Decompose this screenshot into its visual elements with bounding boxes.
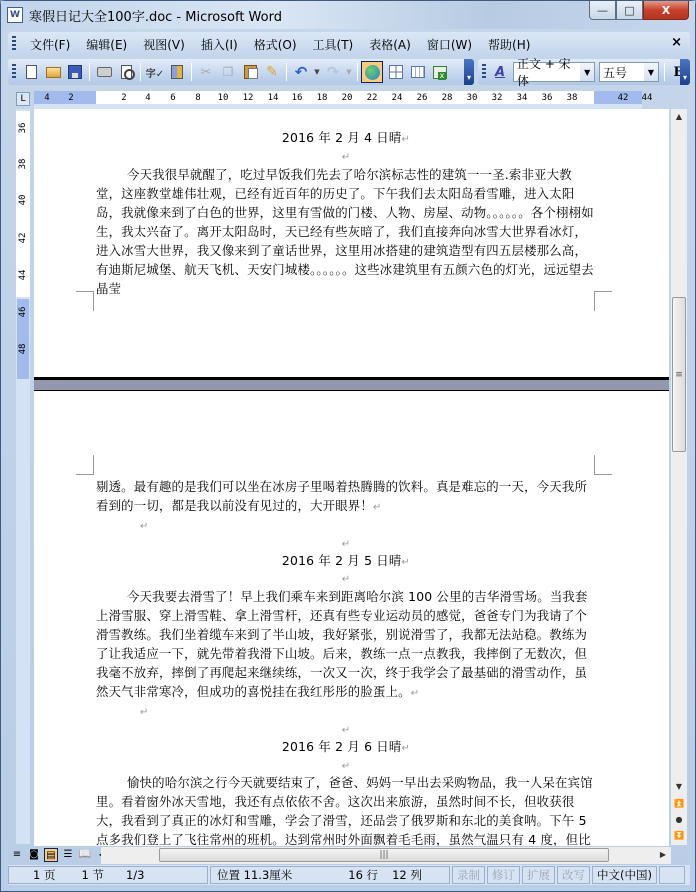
ruler-tick: 44 [18, 269, 28, 281]
paragraph-mark: ↵ [401, 743, 410, 754]
ruler-tick: 8 [195, 93, 200, 103]
ruler-tick: 12 [243, 93, 254, 103]
paragraph-mark: ↵ [411, 688, 420, 699]
ruler-tick: 36 [542, 93, 553, 103]
page-number: 1 页 [33, 867, 55, 883]
spelling-button[interactable]: 字✓ [144, 61, 166, 83]
print-layout-view-button[interactable]: ▤ [44, 848, 58, 862]
copy-button[interactable]: ❐ [217, 61, 239, 83]
insert-excel-icon [433, 66, 447, 79]
redo-dropdown[interactable]: ▼ [344, 68, 354, 76]
restore-button[interactable]: □ [616, 1, 643, 20]
empty-paragraph: ↵ [96, 568, 596, 589]
menu-insert[interactable]: 插入(I) [193, 36, 246, 53]
save-icon [68, 65, 82, 79]
paragraph-mark: ↵ [401, 134, 410, 145]
menu-bar: 文件(F) 编辑(E) 视图(V) 插入(I) 格式(O) 工具(T) 表格(A… [8, 32, 690, 56]
position-info[interactable]: 位置 11.3厘米 16 行 12 列 [210, 866, 450, 884]
overtype-label: 改写 [562, 867, 585, 883]
toolbar-grip-handle[interactable] [482, 64, 486, 80]
menu-help[interactable]: 帮助(H) [480, 36, 538, 53]
next-page-button[interactable]: ⏬ [671, 828, 687, 844]
ruler-tick: 22 [367, 93, 378, 103]
new-document-button[interactable] [20, 61, 42, 83]
toolbar-options-chevron[interactable]: ▾ [680, 59, 690, 85]
web-layout-view-button[interactable]: ◙ [27, 848, 41, 862]
cut-icon: ✂ [201, 65, 212, 80]
ruler-tick: 2 [121, 93, 126, 103]
toolbar-grip-handle[interactable] [12, 64, 16, 80]
undo-icon: ↶ [295, 63, 308, 81]
menu-edit[interactable]: 编辑(E) [78, 36, 135, 53]
open-icon [46, 67, 61, 78]
research-icon [171, 65, 183, 79]
ruler-tick: 26 [417, 93, 428, 103]
print-preview-button[interactable] [115, 61, 137, 83]
toolbar-separator [89, 63, 90, 81]
empty-paragraph: ↵ [96, 146, 596, 167]
window-title: 寒假日记大全100字.doc - Microsoft Word [29, 6, 282, 25]
ruler-tick: 34 [517, 93, 528, 103]
paragraph-mark: ↵ [342, 761, 351, 772]
ruler-tick: 24 [392, 93, 403, 103]
tables-borders-icon [389, 65, 403, 79]
vertical-ruler[interactable]: 36 38 40 42 44 46 48 [16, 109, 30, 844]
menu-tools[interactable]: 工具(T) [305, 36, 362, 53]
page-crop-mark [594, 291, 612, 311]
close-button[interactable]: X [643, 1, 689, 20]
page-info[interactable]: 1 页 1 节 1/3 [8, 866, 208, 884]
entry-body-continued: 剔透。最有趣的是我们可以坐在冰房子里喝着热腾腾的饮料。真是难忘的一天，今天我所看… [96, 477, 596, 517]
cut-button[interactable]: ✂ [195, 61, 217, 83]
insert-table-icon [411, 66, 425, 78]
formatting-toolbar: A 正文 + 宋体 ▼ 五号 ▼ B ▾ [478, 59, 690, 85]
line-number: 16 行 [348, 867, 378, 883]
ruler-tick: 10 [218, 93, 229, 103]
reading-layout-view-button[interactable]: 📖 [78, 848, 92, 862]
print-button[interactable] [93, 61, 115, 83]
body-text: 今天我要去滑雪了！早上我们乘车来到距离哈尔滨 100 公里的吉华滑雪场。当我套上… [96, 589, 588, 699]
toolbar-separator [357, 63, 358, 81]
document-area[interactable]: 2016 年 2 月 4 日晴↵ ↵ 今天我很早就醒了，吃过早饭我们先去了哈尔滨… [34, 109, 669, 846]
word-app-icon[interactable]: W [7, 7, 23, 23]
page-crop-mark [76, 291, 94, 311]
paragraph-mark: ↵ [342, 152, 351, 163]
toolbar-separator [286, 63, 287, 81]
chevron-down-icon[interactable]: ▼ [580, 63, 594, 81]
paragraph-mark: ↵ [342, 725, 351, 736]
page-crop-mark [76, 455, 94, 475]
paste-button[interactable] [239, 61, 261, 83]
redo-button[interactable]: ↷ [322, 61, 344, 83]
cursor-position: 位置 11.3厘米 [217, 867, 292, 883]
ruler-tick: 40 [18, 194, 28, 206]
ruler-tick: 14 [268, 93, 279, 103]
print-icon [97, 67, 112, 77]
ruler-tick: 4 [44, 93, 49, 103]
paragraph-mark: ↵ [140, 707, 149, 718]
ruler-tick: 46 [18, 306, 28, 318]
track-changes-indicator[interactable]: 修订 [487, 866, 520, 884]
horizontal-scroll-thumb[interactable]: ||| [159, 848, 609, 862]
ruler-tick: 18 [317, 93, 328, 103]
spelling-icon: 字✓ [146, 65, 164, 80]
ruler-tick: 42 [18, 232, 28, 244]
menu-grip-handle[interactable] [12, 36, 16, 52]
minimize-button[interactable]: — [589, 1, 616, 20]
paragraph-mark: ↵ [140, 521, 149, 532]
entry-body: 今天我很早就醒了，吃过早饭我们先去了哈尔滨标志性的建筑一一圣.索非亚大教堂，这座… [96, 165, 596, 298]
toolbar: 字✓ ✂ ❐ ✎ ↶ ▼ ↷ ▼ ▾ A 正文 + 宋体 ▼ [8, 58, 690, 86]
vertical-scrollbar[interactable]: ▲ ≡ ▼ ⏫ ● ⏬ [671, 109, 687, 845]
ruler-tick: 48 [18, 343, 28, 355]
ruler-tick: 28 [442, 93, 453, 103]
status-bar: 1 页 1 节 1/3 位置 11.3厘米 16 行 12 列 录制 修订 扩展… [8, 865, 690, 885]
paste-icon [244, 65, 257, 79]
word-window: W 寒假日记大全100字.doc - Microsoft Word — □ X … [0, 0, 696, 892]
toolbar-separator [191, 63, 192, 81]
extend-label: 扩展 [527, 867, 550, 883]
menu-format[interactable]: 格式(O) [246, 36, 305, 53]
page-break-gap [34, 377, 669, 391]
body-text: 剔透。最有趣的是我们可以坐在冰房子里喝着热腾腾的饮料。真是难忘的一天，今天我所看… [96, 479, 587, 513]
view-buttons: ≡ ◙ ▤ ☰ 📖 ◀ [10, 847, 109, 863]
new-document-icon [26, 65, 37, 79]
ruler-tick: 44 [642, 93, 653, 103]
ruler-tick: 20 [342, 93, 353, 103]
format-painter-button[interactable]: ✎ [261, 61, 283, 83]
previous-page-button[interactable]: ⏫ [671, 796, 687, 812]
ruler-tick: 42 [618, 93, 629, 103]
close-document-button[interactable]: × [671, 35, 682, 50]
font-size-select[interactable]: 五号 ▼ [599, 62, 659, 82]
scroll-down-button[interactable]: ▼ [671, 779, 687, 795]
standard-toolbar: 字✓ ✂ ❐ ✎ ↶ ▼ ↷ ▼ ▾ [8, 59, 474, 85]
insert-hyperlink-button[interactable] [361, 61, 383, 83]
extend-selection-indicator[interactable]: 扩展 [522, 866, 555, 884]
normal-view-button[interactable]: ≡ [10, 848, 24, 862]
section-number: 1 节 [81, 867, 103, 883]
title-bar[interactable]: W 寒假日记大全100字.doc - Microsoft Word — □ X [1, 1, 695, 29]
ruler-tick: 38 [567, 93, 578, 103]
menu-table[interactable]: 表格(A) [361, 36, 419, 53]
ruler-tick: 2 [68, 93, 73, 103]
outline-view-button[interactable]: ☰ [61, 848, 75, 862]
horizontal-ruler[interactable]: 4 2 2 4 6 8 10 12 14 16 18 20 22 24 26 2… [34, 91, 642, 109]
chevron-down-icon[interactable]: ▼ [644, 63, 658, 81]
menu-window[interactable]: 窗口(W) [419, 36, 480, 53]
ruler-tick: 16 [292, 93, 303, 103]
font-size-value: 五号 [603, 64, 627, 81]
copy-icon: ❐ [223, 65, 234, 79]
column-number: 12 列 [392, 867, 422, 883]
styles-button[interactable]: A [489, 61, 511, 83]
overtype-indicator[interactable]: 改写 [557, 866, 590, 884]
insert-table-button[interactable] [407, 61, 429, 83]
horizontal-scrollbar[interactable]: ||| ▶ [101, 847, 671, 864]
redo-icon: ↷ [327, 63, 340, 81]
record-macro-indicator[interactable]: 录制 [452, 866, 485, 884]
open-button[interactable] [42, 61, 64, 83]
toolbar-options-chevron[interactable]: ▾ [464, 59, 474, 85]
tables-borders-button[interactable] [385, 61, 407, 83]
page-count: 1/3 [126, 868, 145, 882]
styles-icon: A [495, 65, 505, 80]
scroll-up-button[interactable]: ▲ [671, 109, 687, 125]
heading-text: 2016 年 2 月 6 日晴 [282, 739, 402, 754]
page-crop-mark [594, 455, 612, 475]
scroll-right-button[interactable]: ▶ [655, 847, 671, 863]
language-indicator[interactable]: 中文(中国) [592, 866, 657, 884]
undo-button[interactable]: ↶ [290, 61, 312, 83]
ruler-tick: 6 [170, 93, 175, 103]
language-label: 中文(中国) [597, 867, 652, 883]
entry-body: 今天我要去滑雪了！早上我们乘车来到距离哈尔滨 100 公里的吉华滑雪场。当我套上… [96, 587, 596, 703]
resize-grip[interactable] [659, 866, 685, 884]
ruler-tick: 4 [145, 93, 150, 103]
record-label: 录制 [457, 867, 480, 883]
ruler-tick: 36 [18, 122, 28, 134]
format-painter-icon: ✎ [266, 64, 278, 80]
toolbar-separator [140, 63, 141, 81]
heading-text: 2016 年 2 月 5 日晴 [282, 553, 402, 568]
ruler-tick: 38 [18, 158, 28, 170]
style-value: 正文 + 宋体 [517, 55, 580, 89]
paragraph-mark: ↵ [401, 557, 410, 568]
insert-excel-button[interactable] [429, 61, 451, 83]
track-label: 修订 [492, 867, 515, 883]
toolbar-separator [664, 63, 665, 81]
menu-file[interactable]: 文件(F) [22, 36, 78, 53]
research-button[interactable] [166, 61, 188, 83]
print-preview-icon [121, 65, 132, 79]
menu-view[interactable]: 视图(V) [135, 36, 193, 53]
paragraph-mark: ↵ [342, 574, 351, 585]
paragraph-mark: ↵ [373, 502, 382, 513]
tab-selector[interactable]: L [16, 92, 30, 106]
select-browse-object-button[interactable]: ● [671, 812, 687, 828]
save-button[interactable] [64, 61, 86, 83]
vertical-scroll-thumb[interactable]: ≡ [672, 297, 686, 452]
entry-body: 愉快的哈尔滨之行今天就要结束了，爸爸、妈妈一早出去采购物品，我一人呆在宾馆里。看… [96, 773, 596, 846]
heading-text: 2016 年 2 月 4 日晴 [282, 130, 402, 145]
ruler-tick: 32 [492, 93, 503, 103]
style-select[interactable]: 正文 + 宋体 ▼ [513, 62, 595, 82]
insert-hyperlink-icon [365, 65, 380, 80]
undo-dropdown[interactable]: ▼ [312, 68, 322, 76]
paragraph-mark: ↵ [342, 539, 351, 550]
ruler-tick: 30 [467, 93, 478, 103]
